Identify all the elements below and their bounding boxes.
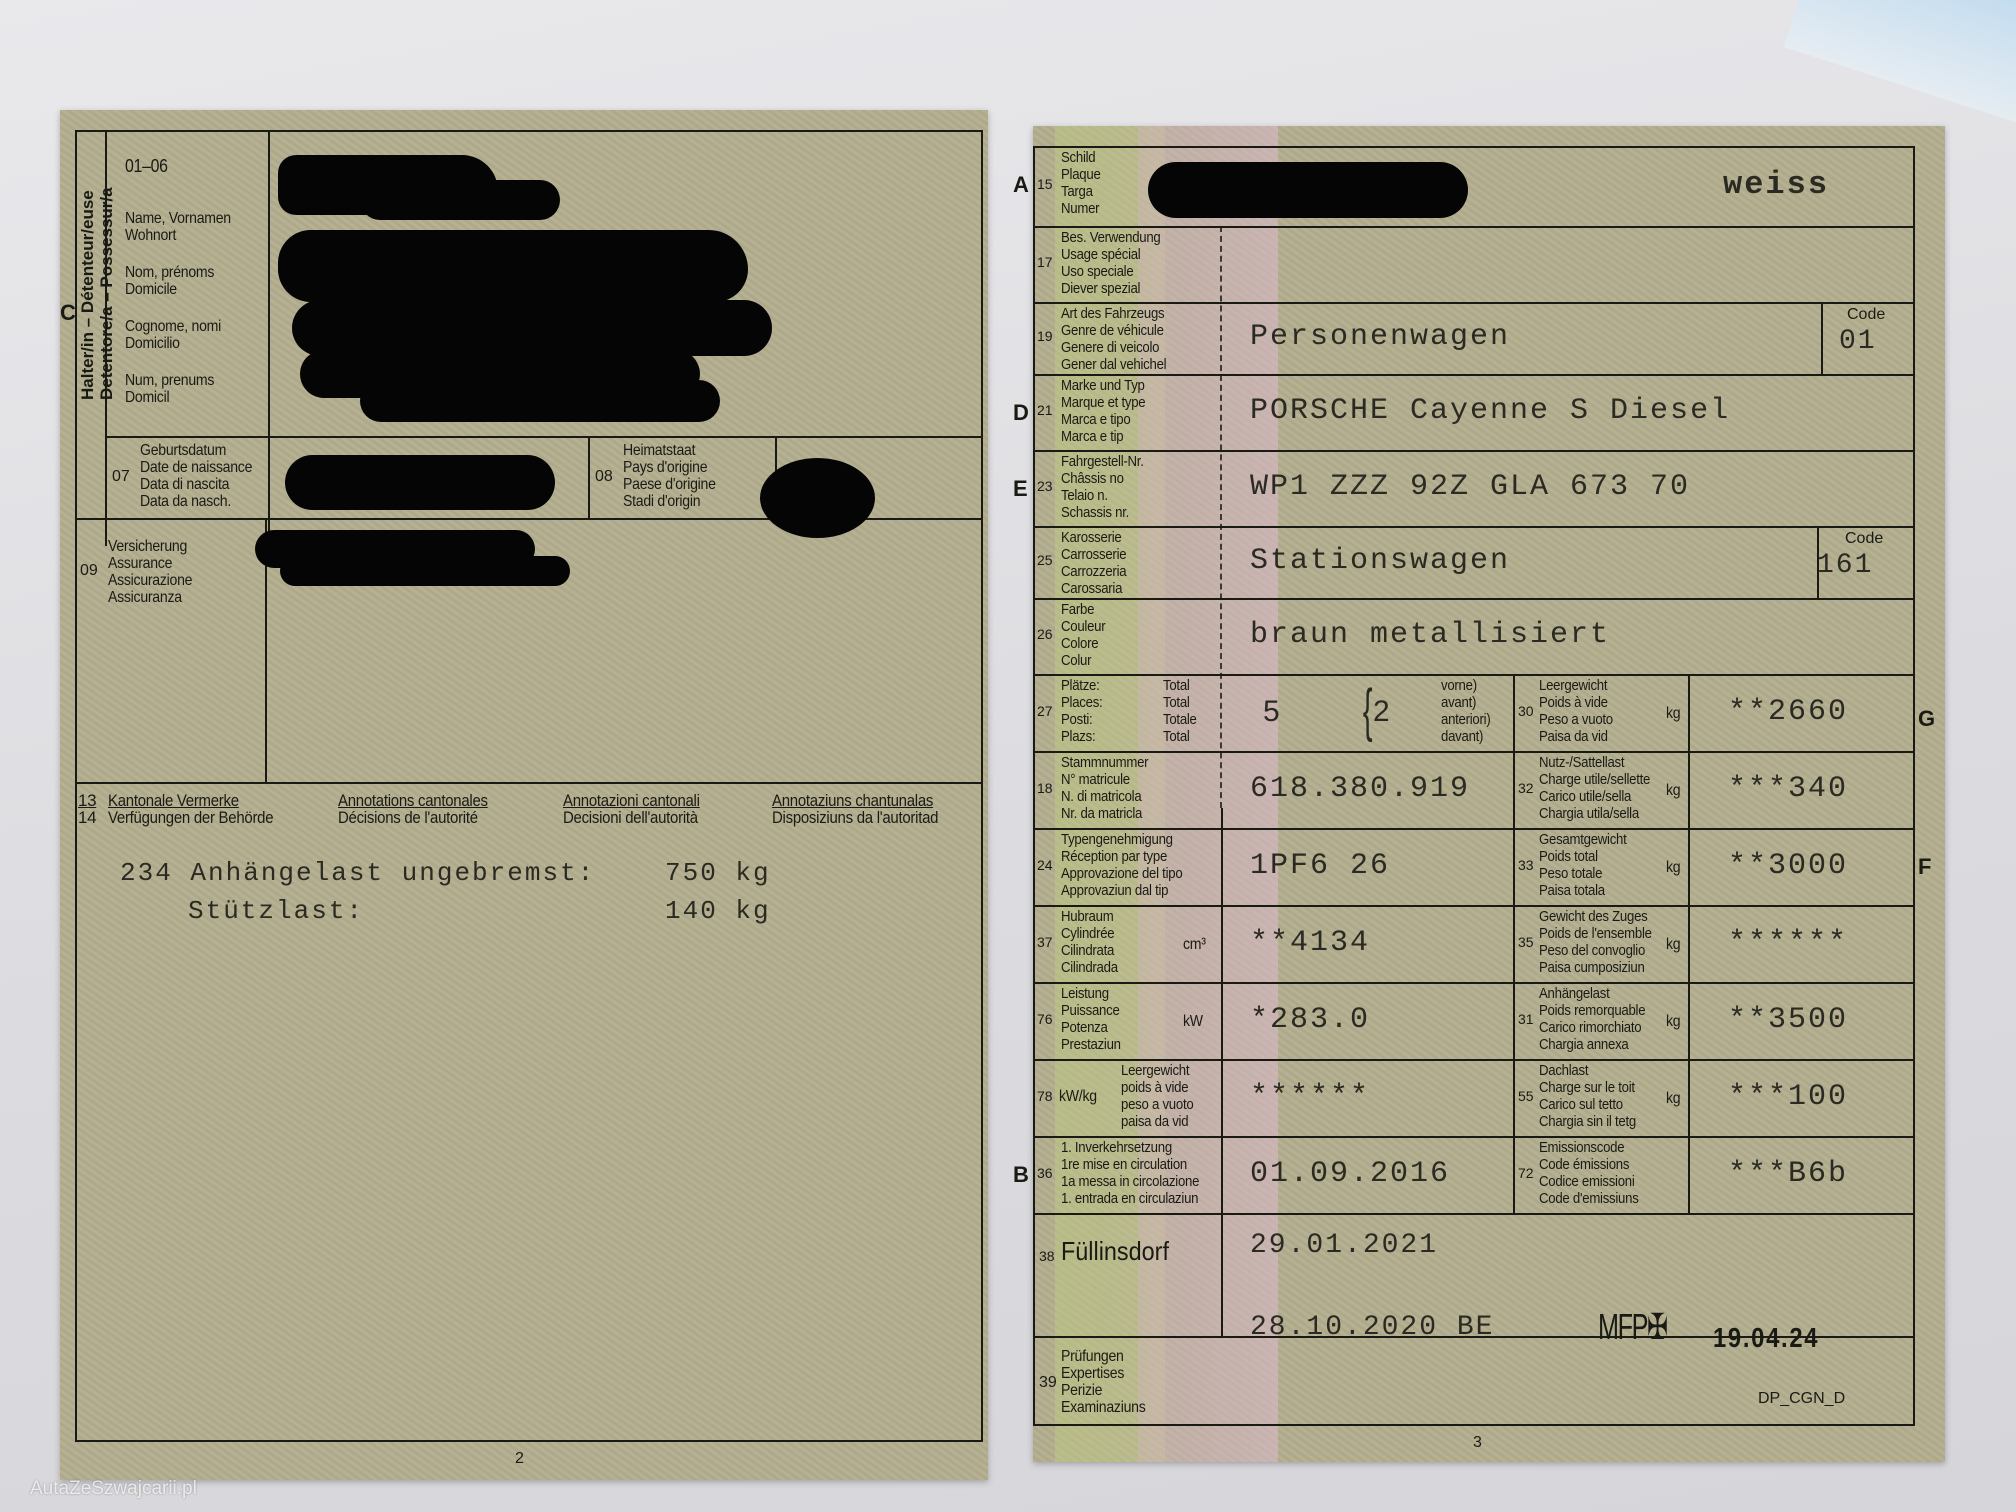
grid-value: *283.0 [1250, 1003, 1370, 1037]
field-number-17: 17 [1037, 254, 1053, 270]
field-number-18: 18 [1037, 780, 1053, 796]
annotations-col-fr: Annotations cantonales Décisions de l'au… [338, 792, 488, 826]
unit-label: kg [1666, 1090, 1680, 1107]
annotations-col-it: Annotazioni cantonali Decisioni dell'aut… [563, 792, 700, 826]
side-letter-g: G [1918, 706, 1935, 732]
unit-label: kg [1666, 705, 1680, 722]
page-number-right: 3 [1473, 1434, 1482, 1452]
redacted-plate [1148, 162, 1468, 218]
chassis-label: Fahrgestell-Nr.Châssis noTelaio n.Schass… [1061, 453, 1144, 521]
field-number-76: 76 [1037, 1011, 1053, 1027]
field-number-23: 23 [1037, 478, 1053, 494]
unit-label: kg [1666, 936, 1680, 953]
side-letter-f: F [1918, 854, 1931, 880]
grid-label: AnhängelastPoids remorquableCarico rimor… [1539, 985, 1645, 1053]
field-number-31: 31 [1518, 1011, 1534, 1027]
body-value: Stationswagen [1250, 544, 1510, 578]
inspection-stamp: MFP✠ [1598, 1306, 1667, 1348]
field-number-39: 39 [1039, 1374, 1057, 1392]
grid-value: ***100 [1728, 1080, 1848, 1114]
special-use-label: Bes. VerwendungUsage spécialUso speciale… [1061, 229, 1161, 297]
background-tape [1784, 0, 2016, 127]
field-number-24: 24 [1037, 857, 1053, 873]
seats-total-value: 5 [1263, 695, 1282, 729]
field-number-07: 07 [112, 468, 130, 486]
grid-value: 01.09.2016 [1250, 1157, 1450, 1191]
chassis-value: WP1 ZZZ 92Z GLA 673 70 [1250, 470, 1690, 504]
grid-label: 1. Inverkehrsetzung1re mise en circulati… [1061, 1139, 1199, 1207]
holder-vertical-label: Halter/in – Détenteur/euse Detentore/a –… [78, 187, 116, 400]
field-number-08: 08 [595, 468, 613, 486]
inspection-value: 28.10.2020 BE [1250, 1312, 1494, 1343]
inspection-stamp-date: 19.04.24 [1713, 1322, 1819, 1354]
vehicle-type-label: Art des FahrzeugsGenre de véhiculeGenere… [1061, 305, 1166, 373]
vehicle-type-code-label: Code [1847, 306, 1885, 324]
annotation-support-load-label: Stützlast: [188, 896, 364, 926]
inspection-label: Prüfungen Expertises Perizie Examinaziun… [1061, 1348, 1145, 1416]
redacted-birth-date [285, 455, 555, 510]
grid-value: ***B6b [1728, 1157, 1848, 1191]
side-letter-b: B [1013, 1162, 1029, 1188]
color-label: FarbeCouleurColoreColur [1061, 601, 1105, 669]
unit-label: kg [1666, 859, 1680, 876]
redacted-holder-city [292, 300, 772, 356]
field-number-30: 30 [1518, 703, 1534, 719]
grid-value: ****** [1250, 1080, 1370, 1114]
grid-label: LeergewichtPoids à videPeso a vuotoPaisa… [1539, 677, 1613, 745]
grid-value: **2660 [1728, 695, 1848, 729]
swiss-cross-stamp-icon: ✠ [1647, 1306, 1667, 1347]
section-letter-c: C [60, 300, 76, 326]
grid-label: Plätze:Places:Posti:Plazs: [1061, 677, 1102, 745]
grid-label: StammnummerN° matriculeN. di matricolaNr… [1061, 754, 1148, 822]
grid-label: HubraumCylindréeCilindrataCilindrada [1061, 908, 1118, 976]
annotations-col-rm: Annotaziuns chantunalas Disposiziuns da … [772, 792, 938, 826]
side-letter-e: E [1013, 476, 1028, 502]
insurance-label: Versicherung Assurance Assicurazione Ass… [108, 538, 192, 606]
side-letter-d: D [1013, 400, 1029, 426]
field-number-27: 27 [1037, 703, 1053, 719]
vehicle-type-value: Personenwagen [1250, 320, 1510, 354]
field-number-19: 19 [1037, 328, 1053, 344]
grid-label: LeistungPuissancePotenzaPrestaziun [1061, 985, 1121, 1053]
grid-value: 618.380.919 [1250, 772, 1470, 806]
grid-value: **4134 [1250, 926, 1370, 960]
field-number-25: 25 [1037, 552, 1053, 568]
seats-front-value: 2 [1373, 695, 1392, 729]
grid-label: Nutz-/SattellastCharge utile/selletteCar… [1539, 754, 1650, 822]
left-page: C Halter/in – Détenteur/euse Detentore/a… [60, 110, 988, 1480]
color-value: braun metallisiert [1250, 618, 1610, 652]
body-code: 161 [1817, 550, 1873, 581]
grid-value: 1PF6 26 [1250, 849, 1390, 883]
field-number-33: 33 [1518, 857, 1534, 873]
field-number-32: 32 [1518, 780, 1534, 796]
side-letter-a: A [1013, 172, 1029, 198]
field-number-09: 09 [80, 562, 98, 580]
grid-value: ****** [1728, 926, 1848, 960]
field-number-26: 26 [1037, 626, 1053, 642]
field-number-78: 78 [1037, 1088, 1053, 1104]
grid-label: DachlastCharge sur le toitCarico sul tet… [1539, 1062, 1636, 1130]
annotation-trailer-load-label: 234 Anhängelast ungebremst: [120, 858, 595, 888]
plate-label: SchildPlaqueTargaNumer [1061, 149, 1101, 217]
holder-range: 01–06 [125, 158, 168, 175]
redacted-origin [760, 458, 875, 538]
grid-value: **3000 [1728, 849, 1848, 883]
issue-place: Füllinsdorf [1061, 1236, 1169, 1267]
body-code-label: Code [1845, 530, 1883, 548]
unit-label: cm³ [1183, 936, 1206, 953]
holder-label-it: Cognome, nomi Domicilio [125, 318, 221, 352]
annotations-header: 13 14 [78, 792, 96, 826]
field-number-15: 15 [1037, 176, 1053, 192]
unit-label: kg [1666, 782, 1680, 799]
grid-sublabel: TotalTotalTotaleTotal [1163, 677, 1197, 745]
annotation-support-load-value: 140 kg [665, 896, 771, 926]
grid-value: **3500 [1728, 1003, 1848, 1037]
field-number-55: 55 [1518, 1088, 1534, 1104]
make-model-value: PORSCHE Cayenne S Diesel [1250, 394, 1730, 428]
field-number-37: 37 [1037, 934, 1053, 950]
annotation-trailer-load-value: 750 kg [665, 858, 771, 888]
body-label: KarosserieCarrosserieCarrozzeriaCarossar… [1061, 529, 1126, 597]
make-model-label: Marke und TypMarque et typeMarca e tipoM… [1061, 377, 1145, 445]
brace-icon: { [1363, 676, 1373, 746]
unit-prefix: kW/kg [1059, 1088, 1097, 1105]
grid-label: TypengenehmigungRéception par typeApprov… [1061, 831, 1182, 899]
annotations-col-de: Kantonale Vermerke Verfügungen der Behör… [108, 792, 273, 826]
holder-label-rm: Num, prenums Domicil [125, 372, 214, 406]
watermark: AutaZeSzwajcarii.pl [30, 1478, 197, 1500]
origin-label: Heimatstaat Pays d'origine Paese d'origi… [623, 442, 716, 510]
vehicle-type-code: 01 [1839, 326, 1877, 357]
unit-label: kg [1666, 1013, 1680, 1030]
plate-color-value: weiss [1723, 166, 1829, 203]
field-number-35: 35 [1518, 934, 1534, 950]
redacted-holder-address [278, 230, 748, 302]
field-number-36: 36 [1037, 1165, 1053, 1181]
birth-date-label: Geburtsdatum Date de naissance Data di n… [140, 442, 252, 510]
grid-label: Leergewichtpoids à videpeso a vuotopaisa… [1121, 1062, 1193, 1130]
field-number-72: 72 [1518, 1165, 1534, 1181]
grid-value: ***340 [1728, 772, 1848, 806]
field-number-38: 38 [1039, 1248, 1055, 1264]
page-number-left: 2 [515, 1450, 524, 1468]
form-code: DP_CGN_D [1758, 1390, 1845, 1408]
grid-label: EmissionscodeCode émissionsCodice emissi… [1539, 1139, 1639, 1207]
right-page: A D E B G F 15SchildPlaqueTargaNumer17Be… [1033, 126, 1945, 1462]
issue-date: 29.01.2021 [1250, 1230, 1438, 1261]
holder-label-de: Name, Vornamen Wohnort [125, 210, 231, 244]
seats-front-label: vorne)avant)anteriori)davant) [1441, 677, 1490, 745]
unit-label: kW [1183, 1013, 1203, 1030]
grid-label: GesamtgewichtPoids totalPeso totalePaisa… [1539, 831, 1627, 899]
grid-label: Gewicht des ZugesPoids de l'ensemblePeso… [1539, 908, 1652, 976]
holder-label-fr: Nom, prénoms Domicile [125, 264, 214, 298]
field-number-21: 21 [1037, 402, 1053, 418]
